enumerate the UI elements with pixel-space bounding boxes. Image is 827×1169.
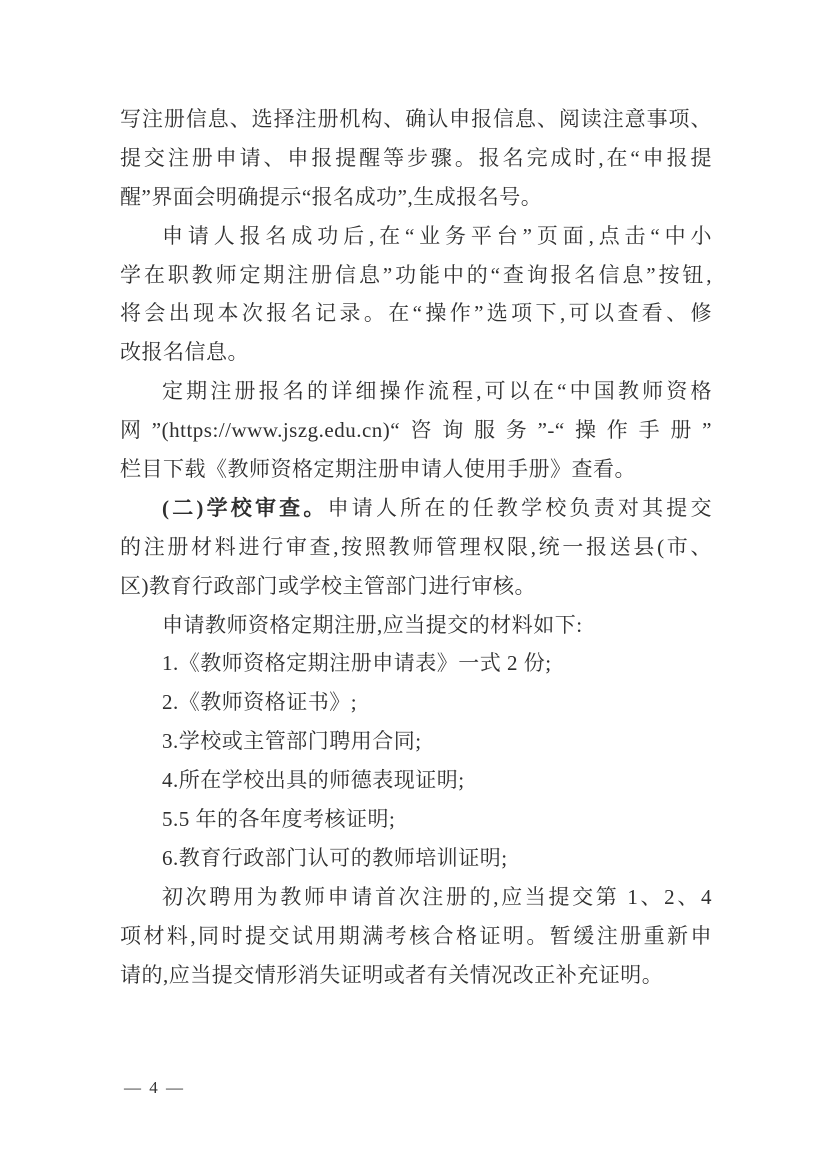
text-segment: 初次聘用为教师申请首次注册的,应当提交第 1、2、4 xyxy=(162,885,712,909)
text-line: 区)教育行政部门或学校主管部门进行审核。 xyxy=(120,567,712,606)
page-number: — 4 — xyxy=(124,1078,185,1098)
text-segment: 2.《教师资格证书》; xyxy=(162,690,357,714)
text-line: 将会出现本次报名记录。在“操作”选项下,可以查看、修 xyxy=(120,294,712,333)
text-line: 学在职教师定期注册信息”功能中的“查询报名信息”按钮, xyxy=(120,256,712,295)
text-line: 申请教师资格定期注册,应当提交的材料如下: xyxy=(120,606,712,645)
text-line: 5.5 年的各年度考核证明; xyxy=(120,800,712,839)
text-segment: 写注册信息、选择注册机构、确认申报信息、阅读注意事项、 xyxy=(120,107,712,131)
text-segment: 5.5 年的各年度考核证明; xyxy=(162,807,395,831)
text-line: 改报名信息。 xyxy=(120,333,712,372)
text-line: 写注册信息、选择注册机构、确认申报信息、阅读注意事项、 xyxy=(120,100,712,139)
text-line: 项材料,同时提交试用期满考核合格证明。暂缓注册重新申 xyxy=(120,917,712,956)
text-segment: 醒”界面会明确提示“报名成功”,生成报名号。 xyxy=(120,185,542,209)
text-segment: 学在职教师定期注册信息”功能中的“查询报名信息”按钮, xyxy=(120,263,712,287)
text-segment: 改报名信息。 xyxy=(120,340,249,364)
text-segment: 将会出现本次报名记录。在“操作”选项下,可以查看、修 xyxy=(120,301,712,325)
text-segment: 3.学校或主管部门聘用合同; xyxy=(162,729,422,753)
text-segment: 申请人所在的任教学校负责对其提交 xyxy=(328,496,712,520)
text-segment: 4.所在学校出具的师德表现证明; xyxy=(162,768,465,792)
text-line: 申请人报名成功后,在“业务平台”页面,点击“中小 xyxy=(120,217,712,256)
text-line: 1.《教师资格定期注册申请表》一式 2 份; xyxy=(120,644,712,683)
document-body: 写注册信息、选择注册机构、确认申报信息、阅读注意事项、提交注册申请、申报提醒等步… xyxy=(120,100,712,994)
text-segment: 6.教育行政部门认可的教师培训证明; xyxy=(162,846,508,870)
text-line: 的注册材料进行审查,按照教师管理权限,统一报送县(市、 xyxy=(120,528,712,567)
text-segment: 定期注册报名的详细操作流程,可以在“中国教师资格 xyxy=(162,379,712,403)
text-segment: 区)教育行政部门或学校主管部门进行审核。 xyxy=(120,574,536,598)
text-line: 6.教育行政部门认可的教师培训证明; xyxy=(120,839,712,878)
text-segment: 网”(https://www.jszg.edu.cn)“咨询服务”-“操作手册” xyxy=(120,418,712,442)
text-line: 定期注册报名的详细操作流程,可以在“中国教师资格 xyxy=(120,372,712,411)
text-line: 2.《教师资格证书》; xyxy=(120,683,712,722)
text-line: 网”(https://www.jszg.edu.cn)“咨询服务”-“操作手册” xyxy=(120,411,712,450)
text-line: 初次聘用为教师申请首次注册的,应当提交第 1、2、4 xyxy=(120,878,712,917)
text-line: (二)学校审查。申请人所在的任教学校负责对其提交 xyxy=(120,489,712,528)
text-line: 栏目下载《教师资格定期注册申请人使用手册》查看。 xyxy=(120,450,712,489)
text-segment: 提交注册申请、申报提醒等步骤。报名完成时,在“申报提 xyxy=(120,146,712,170)
text-line: 请的,应当提交情形消失证明或者有关情况改正补充证明。 xyxy=(120,956,712,995)
text-segment: 申请人报名成功后,在“业务平台”页面,点击“中小 xyxy=(162,224,712,248)
text-segment: 1.《教师资格定期注册申请表》一式 2 份; xyxy=(162,651,552,675)
text-line: 提交注册申请、申报提醒等步骤。报名完成时,在“申报提 xyxy=(120,139,712,178)
text-segment: 的注册材料进行审查,按照教师管理权限,统一报送县(市、 xyxy=(120,535,712,559)
text-segment: 请的,应当提交情形消失证明或者有关情况改正补充证明。 xyxy=(120,963,663,987)
text-segment: 申请教师资格定期注册,应当提交的材料如下: xyxy=(162,613,583,637)
text-line: 4.所在学校出具的师德表现证明; xyxy=(120,761,712,800)
text-segment-bold: (二)学校审查。 xyxy=(162,496,328,520)
text-segment: 项材料,同时提交试用期满考核合格证明。暂缓注册重新申 xyxy=(120,924,712,948)
text-segment: 栏目下载《教师资格定期注册申请人使用手册》查看。 xyxy=(120,457,636,481)
text-line: 醒”界面会明确提示“报名成功”,生成报名号。 xyxy=(120,178,712,217)
document-page: 写注册信息、选择注册机构、确认申报信息、阅读注意事项、提交注册申请、申报提醒等步… xyxy=(0,0,827,1169)
text-line: 3.学校或主管部门聘用合同; xyxy=(120,722,712,761)
